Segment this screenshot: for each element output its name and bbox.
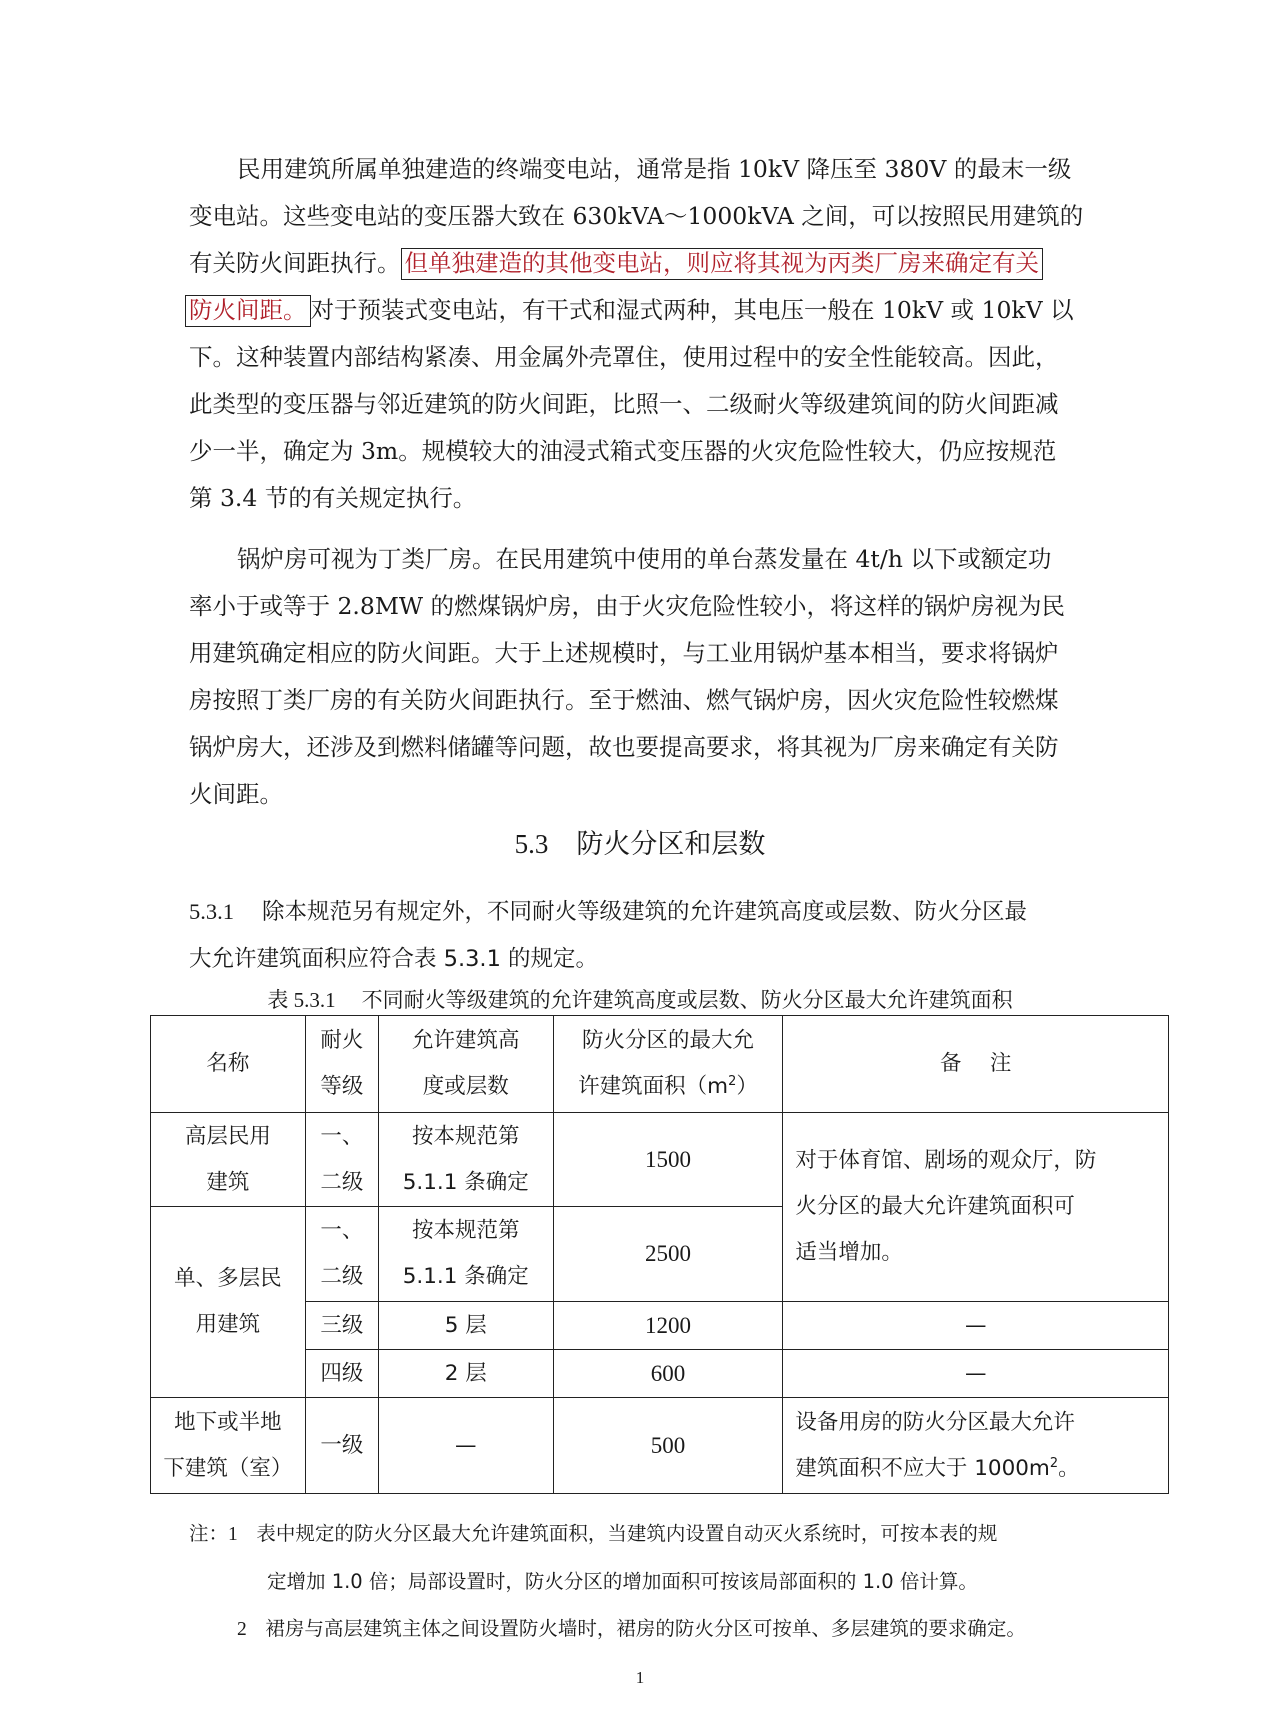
cell-area: 600 — [553, 1350, 783, 1398]
text-line: 少一半，确定为 3m。规模较大的油浸式箱式变压器的火灾危险性较大，仍应按规范 — [189, 428, 1129, 475]
table-title: 不同耐火等级建筑的允许建筑高度或层数、防火分区最大允许建筑面积 — [362, 988, 1013, 1012]
cell-area: 500 — [553, 1398, 783, 1494]
header-fire-grade: 耐火等级 — [305, 1016, 378, 1113]
highlighted-annotation: 防火间距。 — [185, 295, 311, 327]
cell-grade: 三级 — [305, 1302, 378, 1350]
cell-height: — — [378, 1398, 553, 1494]
clause-number: 5.3.1 — [189, 899, 234, 924]
clause-text: 除本规范另有规定外，不同耐火等级建筑的允许建筑高度或层数、防火分区最 — [262, 899, 1027, 925]
cell-remark: — — [783, 1350, 1169, 1398]
table-row: 高层民用建筑 一、二级 按本规范第5.1.1 条确定 1500 对于体育馆、剧场… — [151, 1113, 1169, 1207]
text-line: 有关防火间距执行。但单独建造的其他变电站，则应将其视为丙类厂房来确定有关 — [189, 240, 1129, 287]
cell-area: 1200 — [553, 1302, 783, 1350]
table-header-row: 名称 耐火等级 允许建筑高度或层数 防火分区的最大允许建筑面积（m2） 备 注 — [151, 1016, 1169, 1113]
text-line: 民用建筑所属单独建造的终端变电站，通常是指 10kV 降压至 380V 的最末一… — [189, 146, 1129, 193]
cell-name: 单、多层民用建筑 — [151, 1207, 306, 1398]
text-line: 锅炉房可视为丁类厂房。在民用建筑中使用的单台蒸发量在 4t/h 以下或额定功 — [189, 536, 1129, 583]
paragraph-boiler-room: 锅炉房可视为丁类厂房。在民用建筑中使用的单台蒸发量在 4t/h 以下或额定功 率… — [189, 536, 1129, 818]
cell-area: 2500 — [553, 1207, 783, 1302]
cell-remark: — — [783, 1302, 1169, 1350]
text-line: 变电站。这些变电站的变压器大致在 630kVA～1000kVA 之间，可以按照民… — [189, 193, 1129, 240]
note-text: 表中规定的防火分区最大允许建筑面积，当建筑内设置自动灭火系统时，可按本表的规 — [256, 1522, 997, 1545]
cell-grade: 一级 — [305, 1398, 378, 1494]
table-caption: 表 5.3.1不同耐火等级建筑的允许建筑高度或层数、防火分区最大允许建筑面积 — [0, 985, 1280, 1015]
note-text: 定增加 1.0 倍；局部设置时，防火分区的增加面积可按该局部面积的 1.0 倍计… — [189, 1558, 1149, 1605]
text-line: 防火间距。对于预装式变电站，有干式和湿式两种，其电压一般在 10kV 或 10k… — [189, 287, 1129, 334]
cell-remark: 设备用房的防火分区最大允许建筑面积不应大于 1000m2。 — [783, 1398, 1169, 1494]
header-name: 名称 — [151, 1016, 306, 1113]
note-text: 裙房与高层建筑主体之间设置防火墙时，裙房的防火分区可按单、多层建筑的要求确定。 — [265, 1617, 1026, 1640]
text-line: 此类型的变压器与邻近建筑的防火间距，比照一、二级耐火等级建筑间的防火间距减 — [189, 381, 1129, 428]
header-remark: 备 注 — [783, 1016, 1169, 1113]
section-number: 5.3 — [515, 829, 549, 859]
note-number: 2 — [237, 1619, 247, 1640]
cell-grade: 一、二级 — [305, 1207, 378, 1302]
fire-compartment-table: 名称 耐火等级 允许建筑高度或层数 防火分区的最大允许建筑面积（m2） 备 注 … — [150, 1015, 1169, 1494]
section-title: 防火分区和层数 — [576, 829, 765, 860]
cell-height: 5 层 — [378, 1302, 553, 1350]
page-number: 1 — [0, 1668, 1280, 1688]
header-max-area: 防火分区的最大允许建筑面积（m2） — [553, 1016, 783, 1113]
cell-height: 按本规范第5.1.1 条确定 — [378, 1207, 553, 1302]
note-label: 注：1 — [189, 1524, 238, 1545]
text-line: 火间距。 — [189, 771, 1129, 818]
clause-text: 大允许建筑面积应符合表 5.3.1 的规定。 — [189, 936, 1129, 983]
paragraph-substation: 民用建筑所属单独建造的终端变电站，通常是指 10kV 降压至 380V 的最末一… — [189, 146, 1129, 522]
cell-remark-merged: 对于体育馆、剧场的观众厅，防火分区的最大允许建筑面积可适当增加。 — [783, 1113, 1169, 1302]
cell-height: 2 层 — [378, 1350, 553, 1398]
table-number: 表 5.3.1 — [267, 988, 335, 1012]
cell-area: 1500 — [553, 1113, 783, 1207]
text-line: 下。这种装置内部结构紧凑、用金属外壳罩住，使用过程中的安全性能较高。因此， — [189, 334, 1129, 381]
cell-height: 按本规范第5.1.1 条确定 — [378, 1113, 553, 1207]
text-line: 用建筑确定相应的防火间距。大于上述规模时，与工业用锅炉基本相当，要求将锅炉 — [189, 630, 1129, 677]
text-line: 第 3.4 节的有关规定执行。 — [189, 475, 1129, 522]
document-page: 民用建筑所属单独建造的终端变电站，通常是指 10kV 降压至 380V 的最末一… — [0, 0, 1280, 1711]
highlighted-annotation: 但单独建造的其他变电站，则应将其视为丙类厂房来确定有关 — [401, 248, 1044, 280]
cell-name: 地下或半地下建筑（室） — [151, 1398, 306, 1494]
cell-grade: 四级 — [305, 1350, 378, 1398]
text-line: 房按照丁类厂房的有关防火间距执行。至于燃油、燃气锅炉房，因火灾危险性较燃煤 — [189, 677, 1129, 724]
table-row: 地下或半地下建筑（室） 一级 — 500 设备用房的防火分区最大允许建筑面积不应… — [151, 1398, 1169, 1494]
table-notes: 注：1 表中规定的防火分区最大允许建筑面积，当建筑内设置自动灭火系统时，可按本表… — [189, 1510, 1149, 1653]
text-line: 率小于或等于 2.8MW 的燃煤锅炉房，由于火灾危险性较小，将这样的锅炉房视为民 — [189, 583, 1129, 630]
text-line: 锅炉房大，还涉及到燃料储罐等问题，故也要提高要求，将其视为厂房来确定有关防 — [189, 724, 1129, 771]
cell-grade: 一、二级 — [305, 1113, 378, 1207]
header-allowed-height: 允许建筑高度或层数 — [378, 1016, 553, 1113]
clause-5-3-1: 5.3.1除本规范另有规定外，不同耐火等级建筑的允许建筑高度或层数、防火分区最 … — [189, 888, 1129, 983]
cell-name: 高层民用建筑 — [151, 1113, 306, 1207]
section-heading: 5.3防火分区和层数 — [0, 824, 1280, 865]
